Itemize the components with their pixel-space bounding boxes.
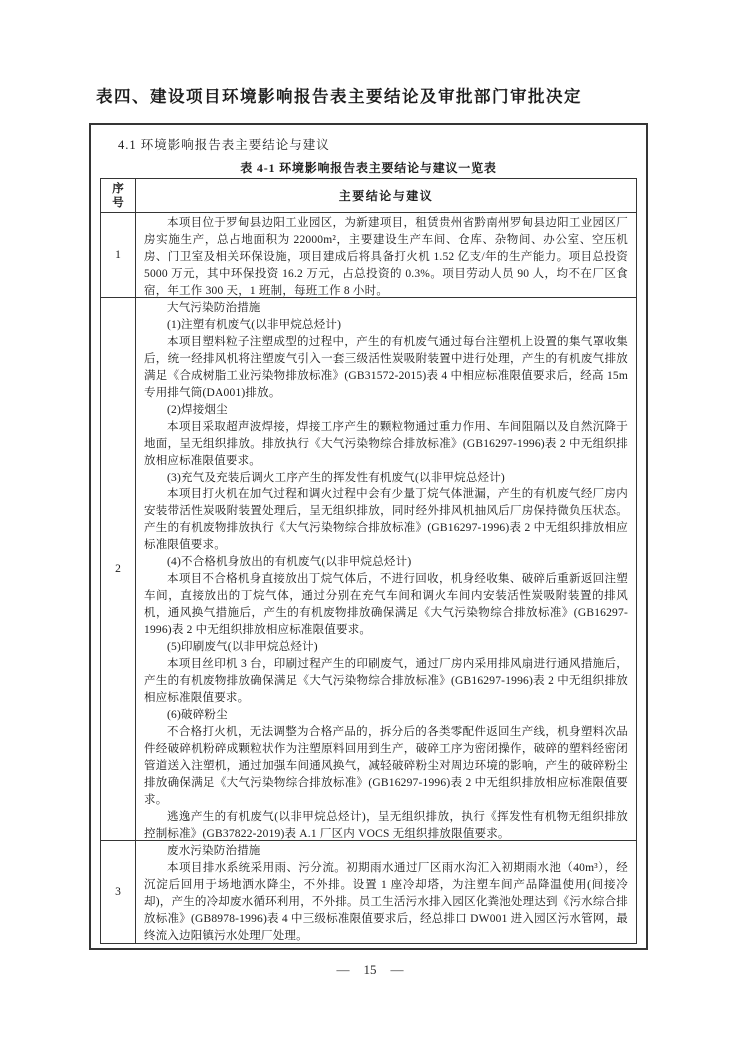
paragraph: (1)注塑有机废气(以非甲烷总烃计)	[144, 317, 628, 334]
document-page: { "document": { "title": "表四、建设项目环境影响报告表…	[0, 0, 740, 1046]
conclusions-table: 序号 主要结论与建议 1 本项目位于罗甸县边阳工业园区，为新建项目，租赁贵州省黔…	[100, 178, 637, 944]
paragraph: (4)不合格机身放出的有机废气(以非甲烷总烃计)	[144, 554, 628, 571]
paragraph: (3)充气及充装后调火工序产生的挥发性有机废气(以非甲烷总烃计)	[144, 470, 628, 487]
table-row: 2 大气污染防治措施(1)注塑有机废气(以非甲烷总烃计)本项目塑料粒子注塑成型的…	[101, 297, 636, 840]
paragraph: 本项目塑料粒子注塑成型的过程中，产生的有机废气通过每台注塑机上设置的集气罩收集后…	[144, 334, 628, 402]
row-content: 废水污染防治措施本项目排水系统采用雨、污分流。初期雨水通过厂区雨水沟汇入初期雨水…	[136, 841, 636, 943]
paragraph: (5)印刷废气(以非甲烷总烃计)	[144, 639, 628, 656]
row-index: 2	[101, 298, 136, 840]
paragraph: 废水污染防治措施	[144, 843, 628, 860]
page-title: 表四、建设项目环境影响报告表主要结论及审批部门审批决定	[96, 86, 656, 107]
table-row: 3 废水污染防治措施本项目排水系统采用雨、污分流。初期雨水通过厂区雨水沟汇入初期…	[101, 840, 636, 943]
table-header-row: 序号 主要结论与建议	[101, 179, 636, 212]
paragraph: 本项目位于罗甸县边阳工业园区，为新建项目，租赁贵州省黔南州罗甸县边阳工业园区厂房…	[144, 215, 628, 297]
page-number: 15	[364, 962, 377, 977]
paragraph: (6)破碎粉尘	[144, 707, 628, 724]
paragraph: 本项目排水系统采用雨、污分流。初期雨水通过厂区雨水沟汇入初期雨水池（40m³），…	[144, 860, 628, 943]
content-border-box: 4.1 环境影响报告表主要结论与建议 表 4-1 环境影响报告表主要结论与建议一…	[89, 123, 648, 950]
row-index: 3	[101, 841, 136, 943]
row-content: 本项目位于罗甸县边阳工业园区，为新建项目，租赁贵州省黔南州罗甸县边阳工业园区厂房…	[136, 213, 636, 297]
table-row: 1 本项目位于罗甸县边阳工业园区，为新建项目，租赁贵州省黔南州罗甸县边阳工业园区…	[101, 212, 636, 297]
section-heading: 4.1 环境影响报告表主要结论与建议	[118, 137, 330, 153]
row-content: 大气污染防治措施(1)注塑有机废气(以非甲烷总烃计)本项目塑料粒子注塑成型的过程…	[136, 298, 636, 840]
header-cell-index: 序号	[101, 179, 136, 212]
page-footer: —15—	[0, 962, 740, 978]
footer-dash-right: —	[391, 962, 404, 978]
paragraph: 逃逸产生的有机废气(以非甲烷总烃计)，呈无组织排放，执行《挥发性有机物无组织排放…	[144, 809, 628, 840]
paragraph: 大气污染防治措施	[144, 300, 628, 317]
paragraph: 不合格打火机，无法调整为合格产品的，拆分后的各类零配件返回生产线，机身塑料次品件…	[144, 724, 628, 809]
row-index: 1	[101, 213, 136, 297]
index-column-header: 序号	[112, 182, 124, 210]
paragraph: 本项目采取超声波焊接，焊接工序产生的颗粒物通过重力作用、车间阻隔以及自然沉降于地…	[144, 419, 628, 470]
table-caption: 表 4-1 环境影响报告表主要结论与建议一览表	[91, 161, 646, 176]
main-column-header: 主要结论与建议	[339, 187, 434, 204]
header-cell-main: 主要结论与建议	[136, 179, 636, 212]
footer-dash-left: —	[337, 962, 350, 978]
paragraph: 本项目不合格机身直接放出丁烷气体后，不进行回收，机身经收集、破碎后重新返回注塑车…	[144, 571, 628, 639]
paragraph: 本项目丝印机 3 台，印刷过程产生的印刷废气，通过厂房内采用排风扇进行通风措施后…	[144, 656, 628, 707]
paragraph: (2)焊接烟尘	[144, 402, 628, 419]
paragraph: 本项目打火机在加气过程和调火过程中会有少量丁烷气体泄漏，产生的有机废气经厂房内安…	[144, 486, 628, 554]
